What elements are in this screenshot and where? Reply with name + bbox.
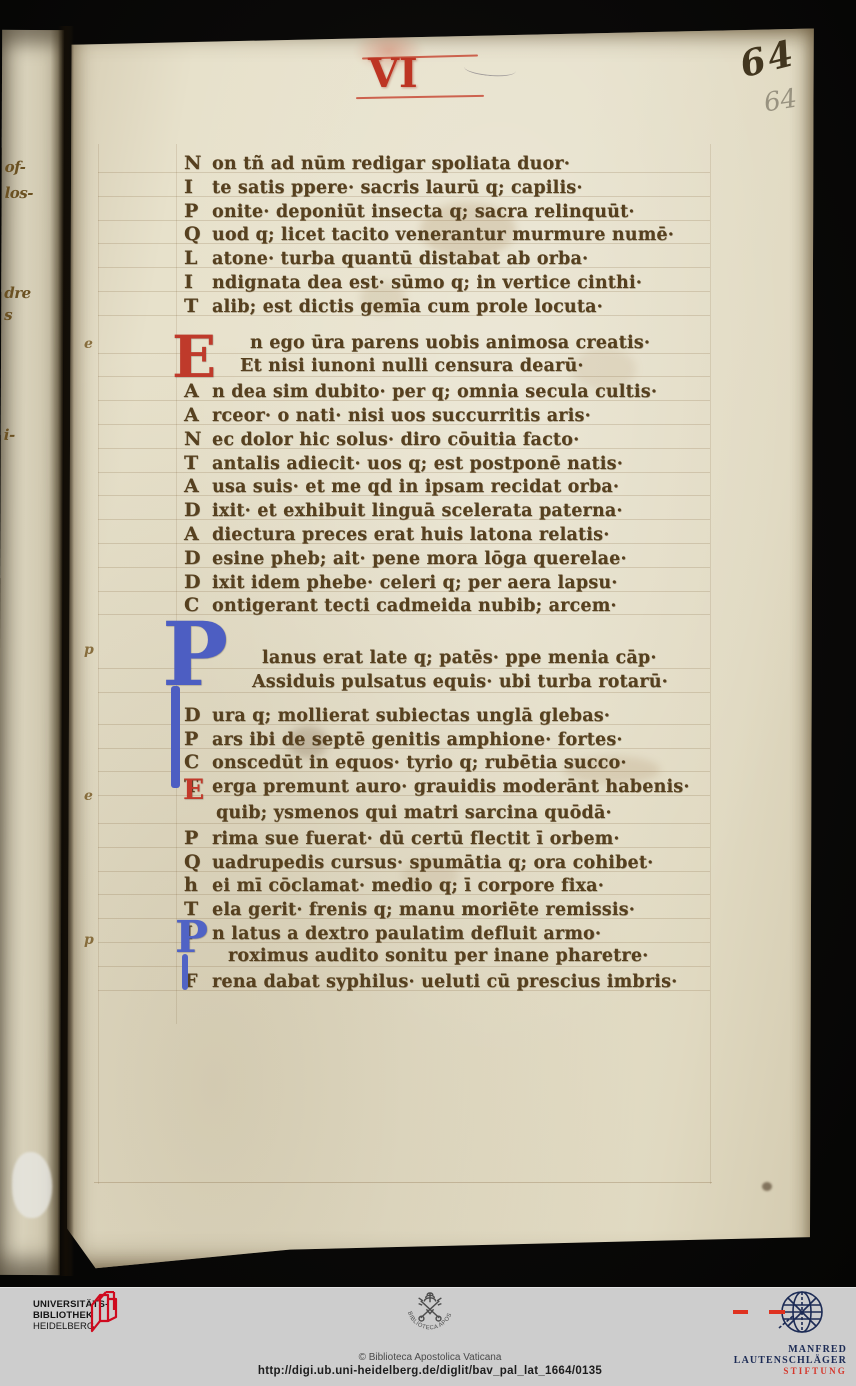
guide-letter: p [84, 932, 94, 948]
manuscript-line: Dixit· et exhibuit linguā scelerata pate… [184, 499, 623, 521]
line-text: uadrupedis cursus· spumātia q; ora cohib… [212, 853, 653, 873]
vatican-seal: BIBLIOTECA APOSTOLICA VATICANA [398, 1288, 462, 1352]
manuscript-line: roximus audito sonitu per inane pharetre… [184, 946, 648, 966]
ml-line2: LAUTENSCHLÄGER [734, 1355, 847, 1366]
versal-letter: F [184, 970, 212, 992]
ruling-line [98, 267, 710, 268]
ruling-line [98, 424, 710, 425]
line-text: ec dolor hic solus· diro cōuitia facto· [212, 430, 579, 450]
versal-letter: N [184, 152, 212, 174]
ruling-line-vertical [710, 144, 711, 1184]
manuscript-line: In latus a dextro paulatim defluit armo· [184, 922, 601, 944]
manuscript-line: Dura q; mollierat subiectas unglā glebas… [184, 704, 610, 726]
line-text: uod q; licet tacito venerantur murmure n… [212, 225, 674, 245]
ruling-line-vertical [176, 144, 177, 1024]
manuscript-line: Et nisi iunoni nulli censura dearū· [184, 356, 584, 376]
versal-letter: T [184, 295, 212, 317]
line-text: onite· deponiūt insecta q; sacra relinqu… [212, 202, 635, 222]
ruling-line [98, 823, 710, 824]
manuscript-line: Pars ibi de septē genitis amphione· fort… [184, 728, 623, 750]
page-edge-text-fragment: i- [4, 426, 15, 444]
versal-letter: D [184, 547, 212, 569]
ink-spot [762, 1182, 772, 1191]
ml-line3: STIFTUNG [734, 1366, 847, 1377]
manuscript-line: Talib; est dictis gemīa cum prole locuta… [184, 295, 603, 317]
manuscript-line: n ego ūra parens uobis animosa creatis· [184, 333, 650, 353]
ml-line1: MANFRED [734, 1344, 847, 1355]
manuscript-line: Adiectura preces erat huis latona relati… [184, 523, 609, 545]
line-text: alib; est dictis gemīa cum prole locuta· [212, 297, 603, 317]
guide-letter: e [84, 336, 93, 352]
manuscript-line: Ite satis ppere· sacris laurū q; capilis… [184, 176, 583, 198]
line-text: ndignata dea est· sūmo q; in vertice cin… [212, 273, 642, 293]
versal-letter: P [184, 728, 212, 750]
illuminated-initial: P [162, 610, 228, 698]
facing-page-edge: of-los-dresi- [0, 30, 64, 1275]
globe-icon [769, 1288, 827, 1340]
illuminated-initial: E [183, 776, 204, 804]
ruling-line [98, 220, 710, 221]
ruling-line [98, 400, 710, 401]
versal-letter: D [184, 704, 212, 726]
parchment-patch [12, 1152, 52, 1218]
line-text: on tñ ad nūm redigar spoliata duor· [212, 154, 570, 174]
line-text: n latus a dextro paulatim defluit armo· [212, 924, 601, 944]
versal-letter: P [184, 200, 212, 222]
line-text: roximus audito sonitu per inane pharetre… [228, 946, 648, 966]
illuminated-initial: E [172, 328, 216, 386]
seal-arc-text: BIBLIOTECA APOSTOLICA VATICANA [398, 1288, 453, 1331]
initial-descender [171, 686, 180, 788]
line-text: erga premunt auro· grauidis moderānt hab… [212, 777, 690, 797]
line-text: atone· turba quantū distabat ab orba· [212, 249, 588, 269]
manuscript-line: Terga premunt auro· grauidis moderānt ha… [184, 775, 690, 797]
ruling-line [98, 894, 710, 895]
versal-letter: C [184, 751, 212, 773]
numeral-vi: VI [368, 50, 418, 97]
ruling-line [94, 1182, 712, 1183]
line-text: Assiduis pulsatus equis· ubi turba rotar… [252, 672, 668, 692]
manuscript-line: Prima sue fuerat· dū certū flectit ī orb… [184, 827, 620, 849]
manuscript-line: quib; ysmenos qui matri sarcina quōdā· [184, 803, 612, 823]
ruling-line [98, 591, 710, 592]
book-numeral-text: VI [368, 50, 418, 97]
manuscript-line: Nec dolor hic solus· diro cōuitia facto· [184, 428, 579, 450]
viewer-footer: UNIVERSITÄTS- BIBLIOTHEK HEIDELBERG BIBL… [0, 1287, 856, 1386]
line-text: n dea sim dubito· per q; omnia secula cu… [212, 382, 657, 402]
folio-number-pencil: 64 [762, 84, 799, 119]
ruling-line [98, 990, 710, 991]
book-numeral: VI [334, 36, 524, 106]
line-text: te satis ppere· sacris laurū q; capilis· [212, 178, 583, 198]
line-text: Et nisi iunoni nulli censura dearū· [240, 356, 584, 376]
line-text: rceor· o nati· nisi uos succurritis aris… [212, 406, 591, 426]
ruling-line [98, 748, 710, 749]
ruling-line [98, 519, 710, 520]
ruling-line [98, 495, 710, 496]
manuscript-line: Tantalis adiecit· uos q; est postponē na… [184, 452, 623, 474]
line-text: ars ibi de septē genitis amphione· forte… [212, 730, 623, 750]
facsimile-url: http://digi.ub.uni-heidelberg.de/diglit/… [258, 1365, 602, 1377]
page-edge-text-fragment: of- [5, 158, 26, 176]
versal-letter: h [184, 874, 212, 896]
manuscript-line: Tela gerit· frenis q; manu moriēte remis… [184, 898, 635, 920]
ruling-line [98, 196, 710, 197]
line-text: ixit idem phebe· celeri q; per aera laps… [212, 573, 618, 593]
book-gutter-shadow [58, 26, 74, 1276]
ruling-line [98, 543, 710, 544]
manuscript-line: Desine pheb; ait· pene mora lōga querela… [184, 547, 627, 569]
versal-letter: N [184, 428, 212, 450]
ruling-line [98, 472, 710, 473]
line-text: ontigerant tecti cadmeida nubib; arcem· [212, 596, 617, 616]
guide-letter: e [84, 788, 93, 804]
ruling-line [98, 724, 710, 725]
manuscript-photo: of-los-dresi- VI 64 64 Non tñ ad nūm red… [0, 0, 856, 1287]
manuscript-line: Assiduis pulsatus equis· ubi turba rotar… [184, 672, 668, 692]
ruling-line [98, 966, 710, 967]
versal-letter: D [184, 571, 212, 593]
line-text: rima sue fuerat· dū certū flectit ī orbe… [212, 829, 620, 849]
line-text: lanus erat late q; patēs· ppe menia cāp· [262, 648, 657, 668]
ruling-line [98, 871, 710, 872]
line-text: antalis adiecit· uos q; est postponē nat… [212, 454, 623, 474]
papal-tiara-keys-emblem [419, 1293, 442, 1321]
initial-descender [182, 954, 188, 990]
page-edge-text-fragment: dre [4, 284, 31, 302]
line-text: ei mī cōclamat· medio q; ī corpore fixa· [212, 876, 604, 896]
line-text: usa suis· et me qd in ipsam recidat orba… [212, 477, 619, 497]
ruling-line [98, 448, 710, 449]
ruling-line [98, 172, 710, 173]
open-book-icon [86, 1291, 124, 1337]
versal-letter: I [184, 271, 212, 293]
manuscript-page: VI 64 64 Non tñ ad nūm redigar spoliata … [64, 26, 816, 1272]
manuscript-line: hei mī cōclamat· medio q; ī corpore fixa… [184, 874, 604, 896]
page-edge-text-fragment: s [4, 306, 12, 324]
manuscript-line: Arceor· o nati· nisi uos succurritis ari… [184, 404, 591, 426]
svg-text:BIBLIOTECA APOSTOLICA VATICANA: BIBLIOTECA APOSTOLICA VATICANA [398, 1288, 453, 1331]
red-dash-on-globe [769, 1310, 785, 1314]
manuscript-line: Conscedūt in equos· tyrio q; rubētia suc… [184, 751, 627, 773]
manuscript-line: Quod q; licet tacito venerantur murmure … [184, 223, 674, 245]
versal-letter: Q [184, 851, 212, 873]
line-text: onscedūt in equos· tyrio q; rubētia succ… [212, 753, 627, 773]
line-text: ura q; mollierat subiectas unglā glebas· [212, 706, 610, 726]
versal-letter: P [184, 827, 212, 849]
lautenschlaeger-logo-text: MANFRED LAUTENSCHLÄGER STIFTUNG [734, 1344, 847, 1377]
line-text: ela gerit· frenis q; manu moriēte remiss… [212, 900, 635, 920]
copyright-line: © Biblioteca Apostolica Vaticana [359, 1352, 502, 1363]
page-edge-text-fragment: los- [5, 184, 33, 202]
line-text: diectura preces erat huis latona relatis… [212, 525, 609, 545]
manuscript-line: Dixit idem phebe· celeri q; per aera lap… [184, 571, 618, 593]
manuscript-line: lanus erat late q; patēs· ppe menia cāp· [184, 648, 657, 668]
manuscript-line: Frena dabat syphilus· ueluti cū prescius… [184, 970, 677, 992]
versal-letter: T [184, 452, 212, 474]
versal-letter: I [184, 176, 212, 198]
line-text: rena dabat syphilus· ueluti cū prescius … [212, 972, 677, 992]
versal-letter: Q [184, 223, 212, 245]
ruling-line-vertical [98, 144, 99, 1184]
ruling-line [98, 243, 710, 244]
versal-letter: L [184, 247, 212, 269]
manuscript-line: Latone· turba quantū distabat ab orba· [184, 247, 588, 269]
guide-letter: p [84, 642, 94, 658]
ruling-line [98, 291, 710, 292]
versal-letter: A [184, 404, 212, 426]
folio-number-ink: 64 [736, 32, 801, 86]
line-text: ixit· et exhibuit linguā scelerata pater… [212, 501, 623, 521]
ruling-line [98, 567, 710, 568]
line-text: n ego ūra parens uobis animosa creatis· [250, 333, 650, 353]
manuscript-line: Quadrupedis cursus· spumātia q; ora cohi… [184, 851, 653, 873]
ruling-line [98, 847, 710, 848]
versal-letter: A [184, 523, 212, 545]
red-dash-icon [733, 1310, 748, 1314]
manuscript-line: Non tñ ad nūm redigar spoliata duor· [184, 152, 570, 174]
illuminated-initial: P [175, 916, 208, 960]
versal-letter: D [184, 499, 212, 521]
ruling-line [98, 315, 710, 316]
line-text: quib; ysmenos qui matri sarcina quōdā· [216, 803, 612, 823]
pen-flourish [463, 59, 516, 78]
manuscript-line: Ausa suis· et me qd in ipsam recidat orb… [184, 475, 619, 497]
manuscript-line: Indignata dea est· sūmo q; in vertice ci… [184, 271, 642, 293]
line-text: esine pheb; ait· pene mora lōga querelae… [212, 549, 627, 569]
manuscript-line: An dea sim dubito· per q; omnia secula c… [184, 380, 657, 402]
versal-letter: A [184, 475, 212, 497]
manuscript-line: Contigerant tecti cadmeida nubib; arcem· [184, 594, 617, 616]
manuscript-line: Ponite· deponiūt insecta q; sacra relinq… [184, 200, 635, 222]
